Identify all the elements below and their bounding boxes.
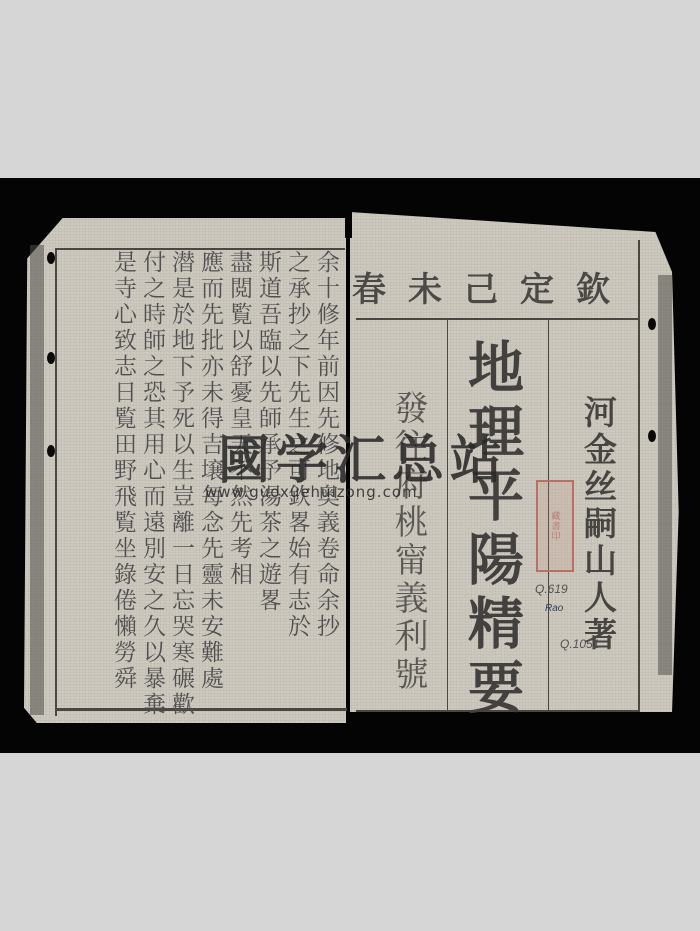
frame-rule-title-top (356, 318, 640, 320)
page-tear (345, 178, 352, 238)
frame-rule-left (55, 248, 57, 716)
binding-hole (47, 352, 55, 364)
preface-column: 付之時師之恐其用心而遠別安之久以暴棄 (137, 250, 166, 730)
left-binding-strip (30, 245, 44, 715)
author-line: 河金丝嗣山人著 (575, 395, 622, 654)
preface-column: 潜是於地下予死以生豈離一日忘哭寒碾歡 (166, 250, 195, 730)
preface-column: 是寺心致志日覧田野飛覧坐錄倦懶勞舜 (108, 250, 137, 730)
book-title: 地理平陽精要 (462, 338, 522, 722)
binding-hole (47, 252, 55, 264)
column-divider (447, 320, 448, 710)
frame-rule-right (638, 240, 640, 710)
binding-hole (648, 318, 656, 330)
red-seal-stamp: 藏書印 (536, 480, 574, 572)
watermark-title: 國学汇总站 (218, 418, 508, 493)
shelf-number-annotation: Q.1051 (560, 637, 599, 651)
watermark-url: www.guoxuehuizong.com (205, 483, 418, 501)
right-binding-strip (658, 275, 672, 675)
binding-hole (648, 430, 656, 442)
blue-annotation: Rao (545, 603, 563, 614)
imperial-date-header: 欽定己未春 (372, 262, 632, 311)
pencil-annotation: Q.619 (535, 582, 568, 596)
binding-hole (47, 445, 55, 457)
